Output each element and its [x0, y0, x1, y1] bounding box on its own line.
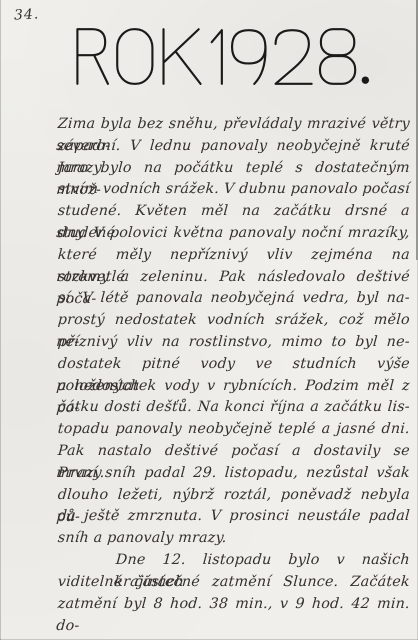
- handwritten-line: sí. V létě panovala neobyčejná vedra, by…: [57, 288, 411, 310]
- handwritten-line: Pak nastalo deštivé počasí a dostavily s…: [57, 441, 411, 463]
- scanned-chronicle-page: 34. ROK 1928. Zima byla bez sněhu, převl…: [0, 0, 418, 640]
- handwritten-line: Zima byla bez sněhu, převládaly mrazivé …: [57, 114, 411, 136]
- handwritten-line: stromy a zeleninu. Pak následovalo dešti…: [57, 267, 411, 289]
- handwritten-line: příznivý vliv na rostlinstvo, mimo to by…: [57, 332, 411, 354]
- handwritten-line: dny. V polovici května panovaly noční mr…: [57, 223, 411, 245]
- handwritten-line: prostý nedostatek vodních srážek, což mě…: [57, 310, 411, 332]
- handwritten-line: stvím vodních srážek. V dubnu panovalo p…: [57, 179, 411, 201]
- scan-edge-left: [0, 0, 1, 640]
- handwritten-line: zatmění byl 8 hod. 38 min., v 9 hod. 42 …: [57, 594, 411, 616]
- page-title: ROK 1928.: [70, 24, 370, 90]
- handwritten-line: dostatek pitné vody ve studních výše pol…: [57, 354, 411, 376]
- handwritten-line: da ještě zmrznuta. V prosinci neustále p…: [57, 506, 411, 528]
- handwritten-line: sníh a panovaly mrazy.: [57, 528, 411, 550]
- handwritten-line: a nedostatek vody v rybnících. Podzim mě…: [57, 376, 411, 398]
- page-number: 34.: [14, 6, 40, 23]
- handwritten-line: dlouho ležeti, nýbrž roztál, poněvadž ne…: [57, 485, 411, 507]
- handwritten-line: čátku dosti dešťů. Na konci října a začá…: [57, 397, 411, 419]
- handwritten-line: viditelné částečné zatmění Slunce. Začát…: [57, 572, 411, 594]
- handwritten-line: západní. V lednu panovaly neobyčejně kru…: [57, 136, 411, 158]
- handwritten-line: Dne 12. listopadu bylo v našich krajinác…: [57, 550, 411, 572]
- handwritten-line: Jaro bylo na počátku teplé s dostatečným…: [57, 158, 411, 180]
- handwritten-line: topadu panovaly neobyčejně teplé a jasné…: [57, 419, 411, 441]
- title-lettering-graphic: [70, 24, 370, 90]
- handwritten-line: studené. Květen měl na začátku drsné a s…: [57, 201, 411, 223]
- handwritten-line: které měly nepříznivý vliv zejména na ro…: [57, 245, 411, 267]
- handwritten-text-block: Zima byla bez sněhu, převládaly mrazivé …: [57, 114, 409, 615]
- handwritten-line: První sníh padal 29. listopadu, nezůstal…: [57, 463, 411, 485]
